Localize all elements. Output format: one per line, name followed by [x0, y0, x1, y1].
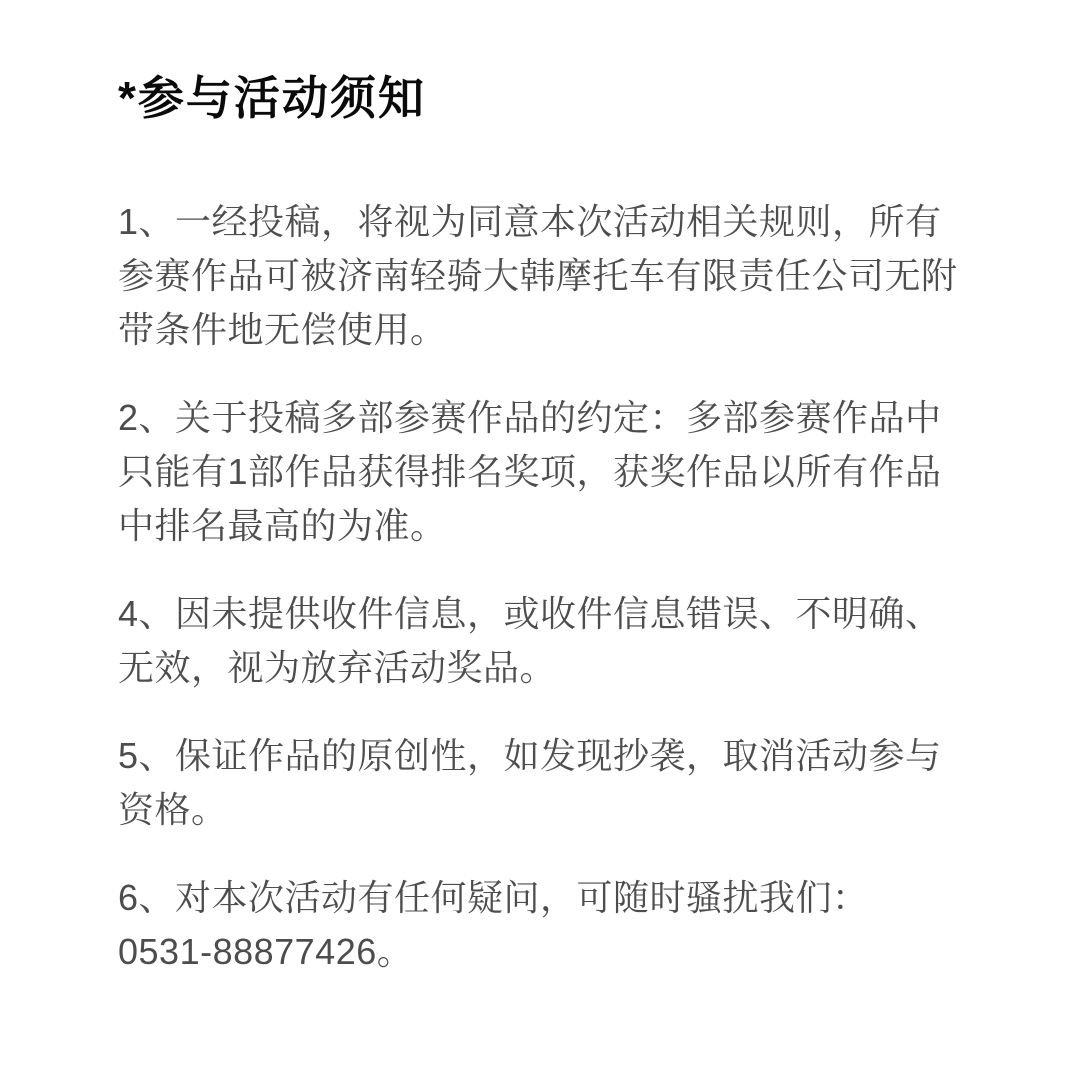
notice-paragraph-6: 6、对本次活动有任何疑问，可随时骚扰我们： 0531-88877426。 — [118, 871, 970, 979]
notice-document: *参与活动须知 1、一经投稿，将视为同意本次活动相关规则，所有 参赛作品可被济南… — [0, 0, 1080, 1092]
paragraph-line: 1、一经投稿，将视为同意本次活动相关规则，所有 — [118, 195, 970, 249]
paragraph-line: 0531-88877426。 — [118, 925, 970, 979]
notice-paragraph-1: 1、一经投稿，将视为同意本次活动相关规则，所有 参赛作品可被济南轻骑大韩摩托车有… — [118, 195, 970, 357]
paragraph-line: 无效，视为放弃活动奖品。 — [118, 641, 970, 695]
page-title: *参与活动须知 — [118, 70, 970, 126]
paragraph-line: 资格。 — [118, 783, 970, 837]
paragraph-line: 4、因未提供收件信息，或收件信息错误、不明确、 — [118, 587, 970, 641]
notice-paragraph-2: 2、关于投稿多部参赛作品的约定：多部参赛作品中 只能有1部作品获得排名奖项，获奖… — [118, 391, 970, 553]
paragraph-line: 参赛作品可被济南轻骑大韩摩托车有限责任公司无附 — [118, 249, 970, 303]
paragraph-line: 5、保证作品的原创性，如发现抄袭，取消活动参与 — [118, 729, 970, 783]
notice-paragraph-4: 4、因未提供收件信息，或收件信息错误、不明确、 无效，视为放弃活动奖品。 — [118, 587, 970, 695]
paragraph-line: 6、对本次活动有任何疑问，可随时骚扰我们： — [118, 871, 970, 925]
notice-paragraph-5: 5、保证作品的原创性，如发现抄袭，取消活动参与 资格。 — [118, 729, 970, 837]
paragraph-line: 只能有1部作品获得排名奖项，获奖作品以所有作品 — [118, 445, 970, 499]
paragraph-line: 带条件地无偿使用。 — [118, 303, 970, 357]
paragraph-line: 2、关于投稿多部参赛作品的约定：多部参赛作品中 — [118, 391, 970, 445]
paragraph-line: 中排名最高的为准。 — [118, 499, 970, 553]
